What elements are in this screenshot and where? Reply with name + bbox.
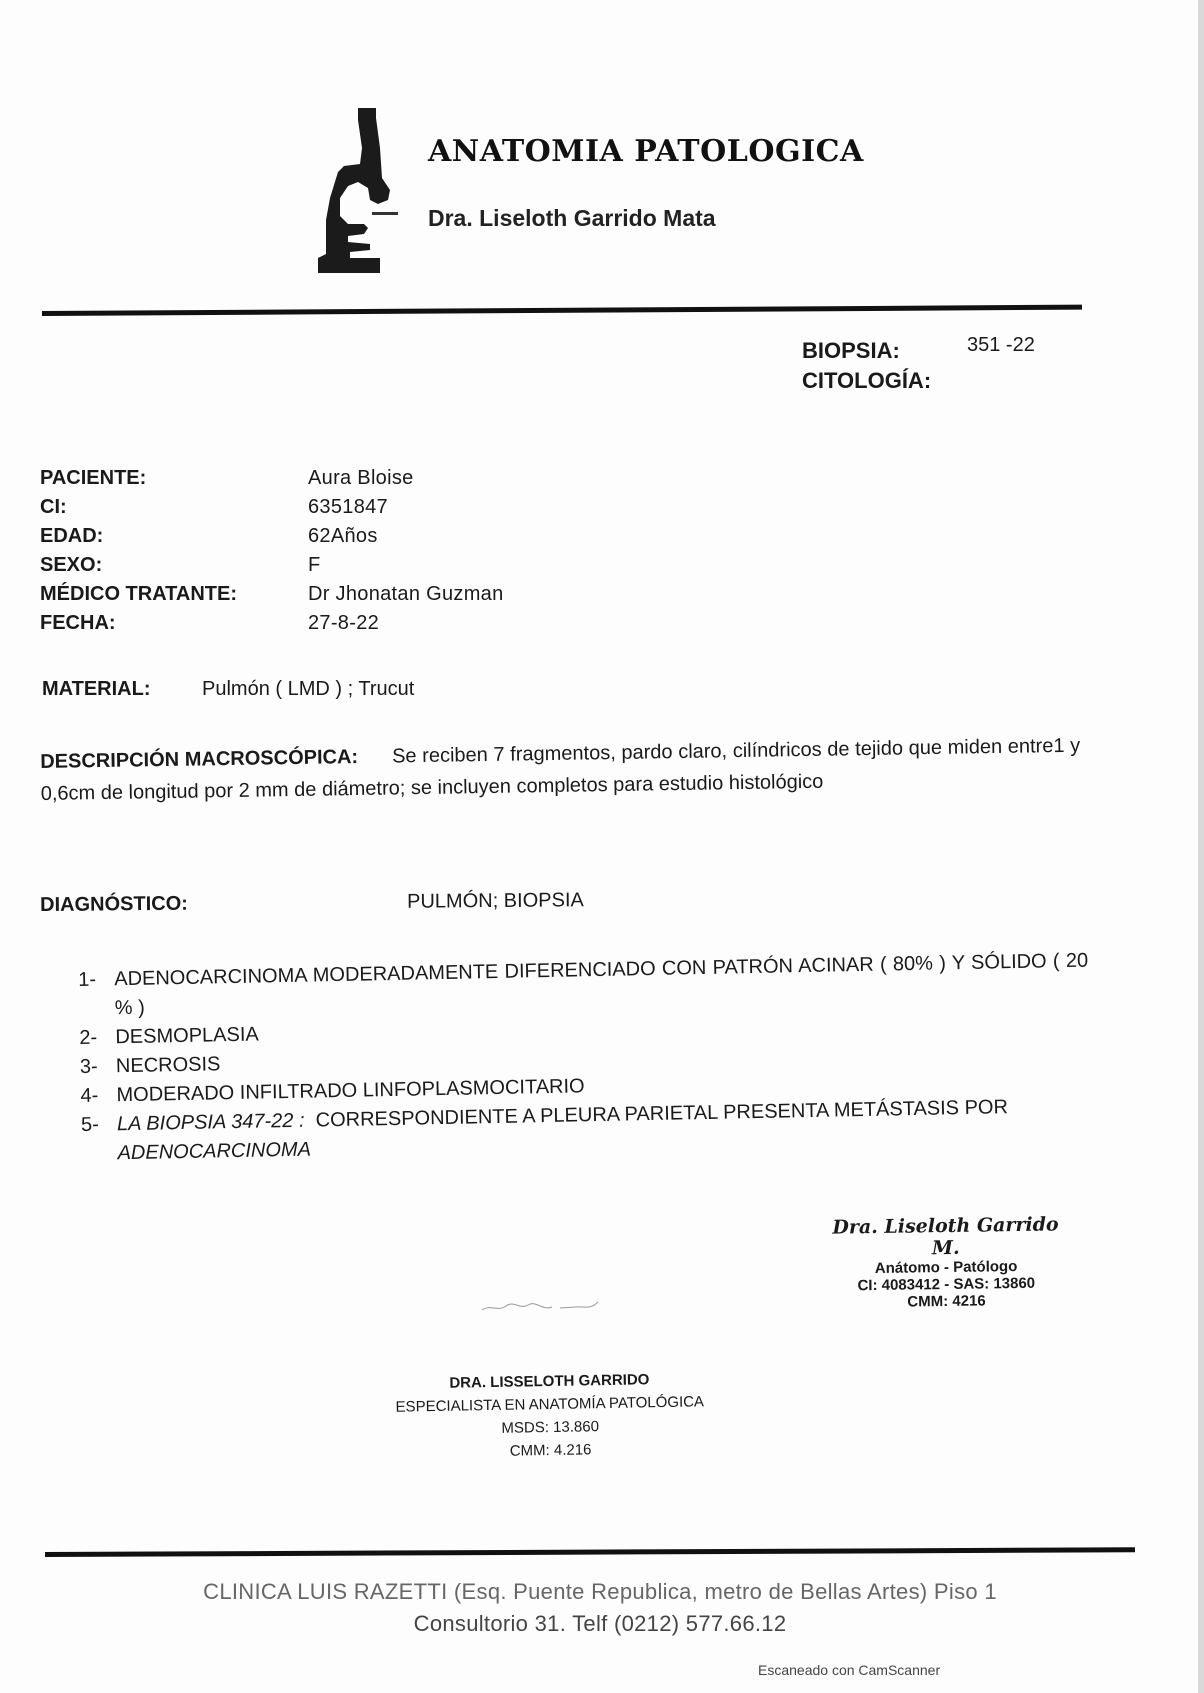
signature-block: DRA. LISSELOTH GARRIDO ESPECIALISTA EN A… xyxy=(389,1367,711,1465)
patient-ci: 6351847 xyxy=(308,493,388,522)
patient-sex: F xyxy=(308,551,321,580)
field-label: SEXO: xyxy=(40,551,308,580)
biopsia-number: 351 -22 xyxy=(967,330,1035,366)
item-reference: LA BIOPSIA 347-22 : xyxy=(117,1110,305,1136)
field-label: CI: xyxy=(40,493,308,522)
item-number: 3- xyxy=(80,1052,117,1082)
diagnosis-header: DIAGNÓSTICO: PULMÓN; BIOPSIA xyxy=(40,889,584,917)
patient-row: MÉDICO TRATANTE:Dr Jhonatan Guzman xyxy=(40,580,504,609)
patient-row: CI:6351847 xyxy=(40,493,504,522)
patient-row: PACIENTE:Aura Bloise xyxy=(40,464,504,493)
item-number: 4- xyxy=(80,1081,117,1111)
report-date: 27-8-22 xyxy=(308,609,379,638)
pathology-report: ANATOMIA PATOLOGICA Dra. Liseloth Garrid… xyxy=(0,0,1198,1693)
case-identifiers: BIOPSIA: 351 -22 CITOLOGÍA: xyxy=(802,336,1035,396)
document-title: ANATOMIA PATOLOGICA xyxy=(428,134,864,169)
clinic-address: CLINICA LUIS RAZETTI (Esq. Puente Republ… xyxy=(150,1576,1050,1608)
clinic-footer: CLINICA LUIS RAZETTI (Esq. Puente Republ… xyxy=(150,1576,1050,1640)
field-label: EDAD: xyxy=(40,522,308,551)
microscope-icon xyxy=(318,108,408,273)
header-divider xyxy=(42,305,1082,316)
citologia-label: CITOLOGÍA: xyxy=(802,366,967,396)
biopsia-label: BIOPSIA: xyxy=(802,336,967,366)
footer-divider xyxy=(45,1547,1135,1557)
patient-age: 62Años xyxy=(308,522,378,551)
stamp-name: Dra. Liseloth Garrido M. xyxy=(825,1213,1066,1260)
scanner-watermark: Escaneado con CamScanner xyxy=(758,1662,940,1678)
page-edge xyxy=(1198,0,1204,1693)
item-number: 1- xyxy=(78,965,115,1024)
diagnosis-list: 1- ADENOCARCINOMA MODERADAMENTE DIFERENC… xyxy=(78,947,1092,1169)
patient-row: EDAD:62Años xyxy=(40,522,504,551)
diagnosis-label: DIAGNÓSTICO: xyxy=(40,891,407,917)
macroscopic-description: DESCRIPCIÓN MACROSCÓPICA:Se reciben 7 fr… xyxy=(40,730,1081,810)
patient-row: SEXO:F xyxy=(40,551,504,580)
handwritten-signature xyxy=(480,1296,610,1316)
item-number: 2- xyxy=(79,1023,116,1053)
material-section: MATERIAL: Pulmón ( LMD ) ; Trucut xyxy=(42,678,414,701)
patient-name: Aura Bloise xyxy=(308,464,414,493)
patient-info: PACIENTE:Aura Bloise CI:6351847 EDAD:62A… xyxy=(40,464,504,638)
item-tail: ADENOCARCINOMA xyxy=(117,1139,311,1165)
treating-physician: Dr Jhonatan Guzman xyxy=(308,580,504,609)
stamp-ids: CI: 4083412 - SAS: 13860 xyxy=(826,1274,1066,1294)
field-label: PACIENTE: xyxy=(40,464,308,493)
clinic-contact: Consultorio 31. Telf (0212) 577.66.12 xyxy=(150,1608,1050,1640)
material-label: MATERIAL: xyxy=(42,678,202,701)
macroscopic-label: DESCRIPCIÓN MACROSCÓPICA: xyxy=(40,746,358,773)
material-value: Pulmón ( LMD ) ; Trucut xyxy=(202,678,414,701)
signature-cmm: CMM: 4.216 xyxy=(390,1436,710,1465)
stamp-cmm: CMM: 4216 xyxy=(826,1291,1066,1311)
doctor-name: Dra. Liseloth Garrido Mata xyxy=(428,205,716,232)
item-number: 5- xyxy=(81,1110,118,1169)
doctor-stamp: Dra. Liseloth Garrido M. Anátomo - Patól… xyxy=(825,1213,1066,1311)
diagnosis-site: PULMÓN; BIOPSIA xyxy=(407,889,584,914)
field-label: MÉDICO TRATANTE: xyxy=(40,580,308,609)
field-label: FECHA: xyxy=(40,609,308,638)
patient-row: FECHA:27-8-22 xyxy=(40,609,504,638)
